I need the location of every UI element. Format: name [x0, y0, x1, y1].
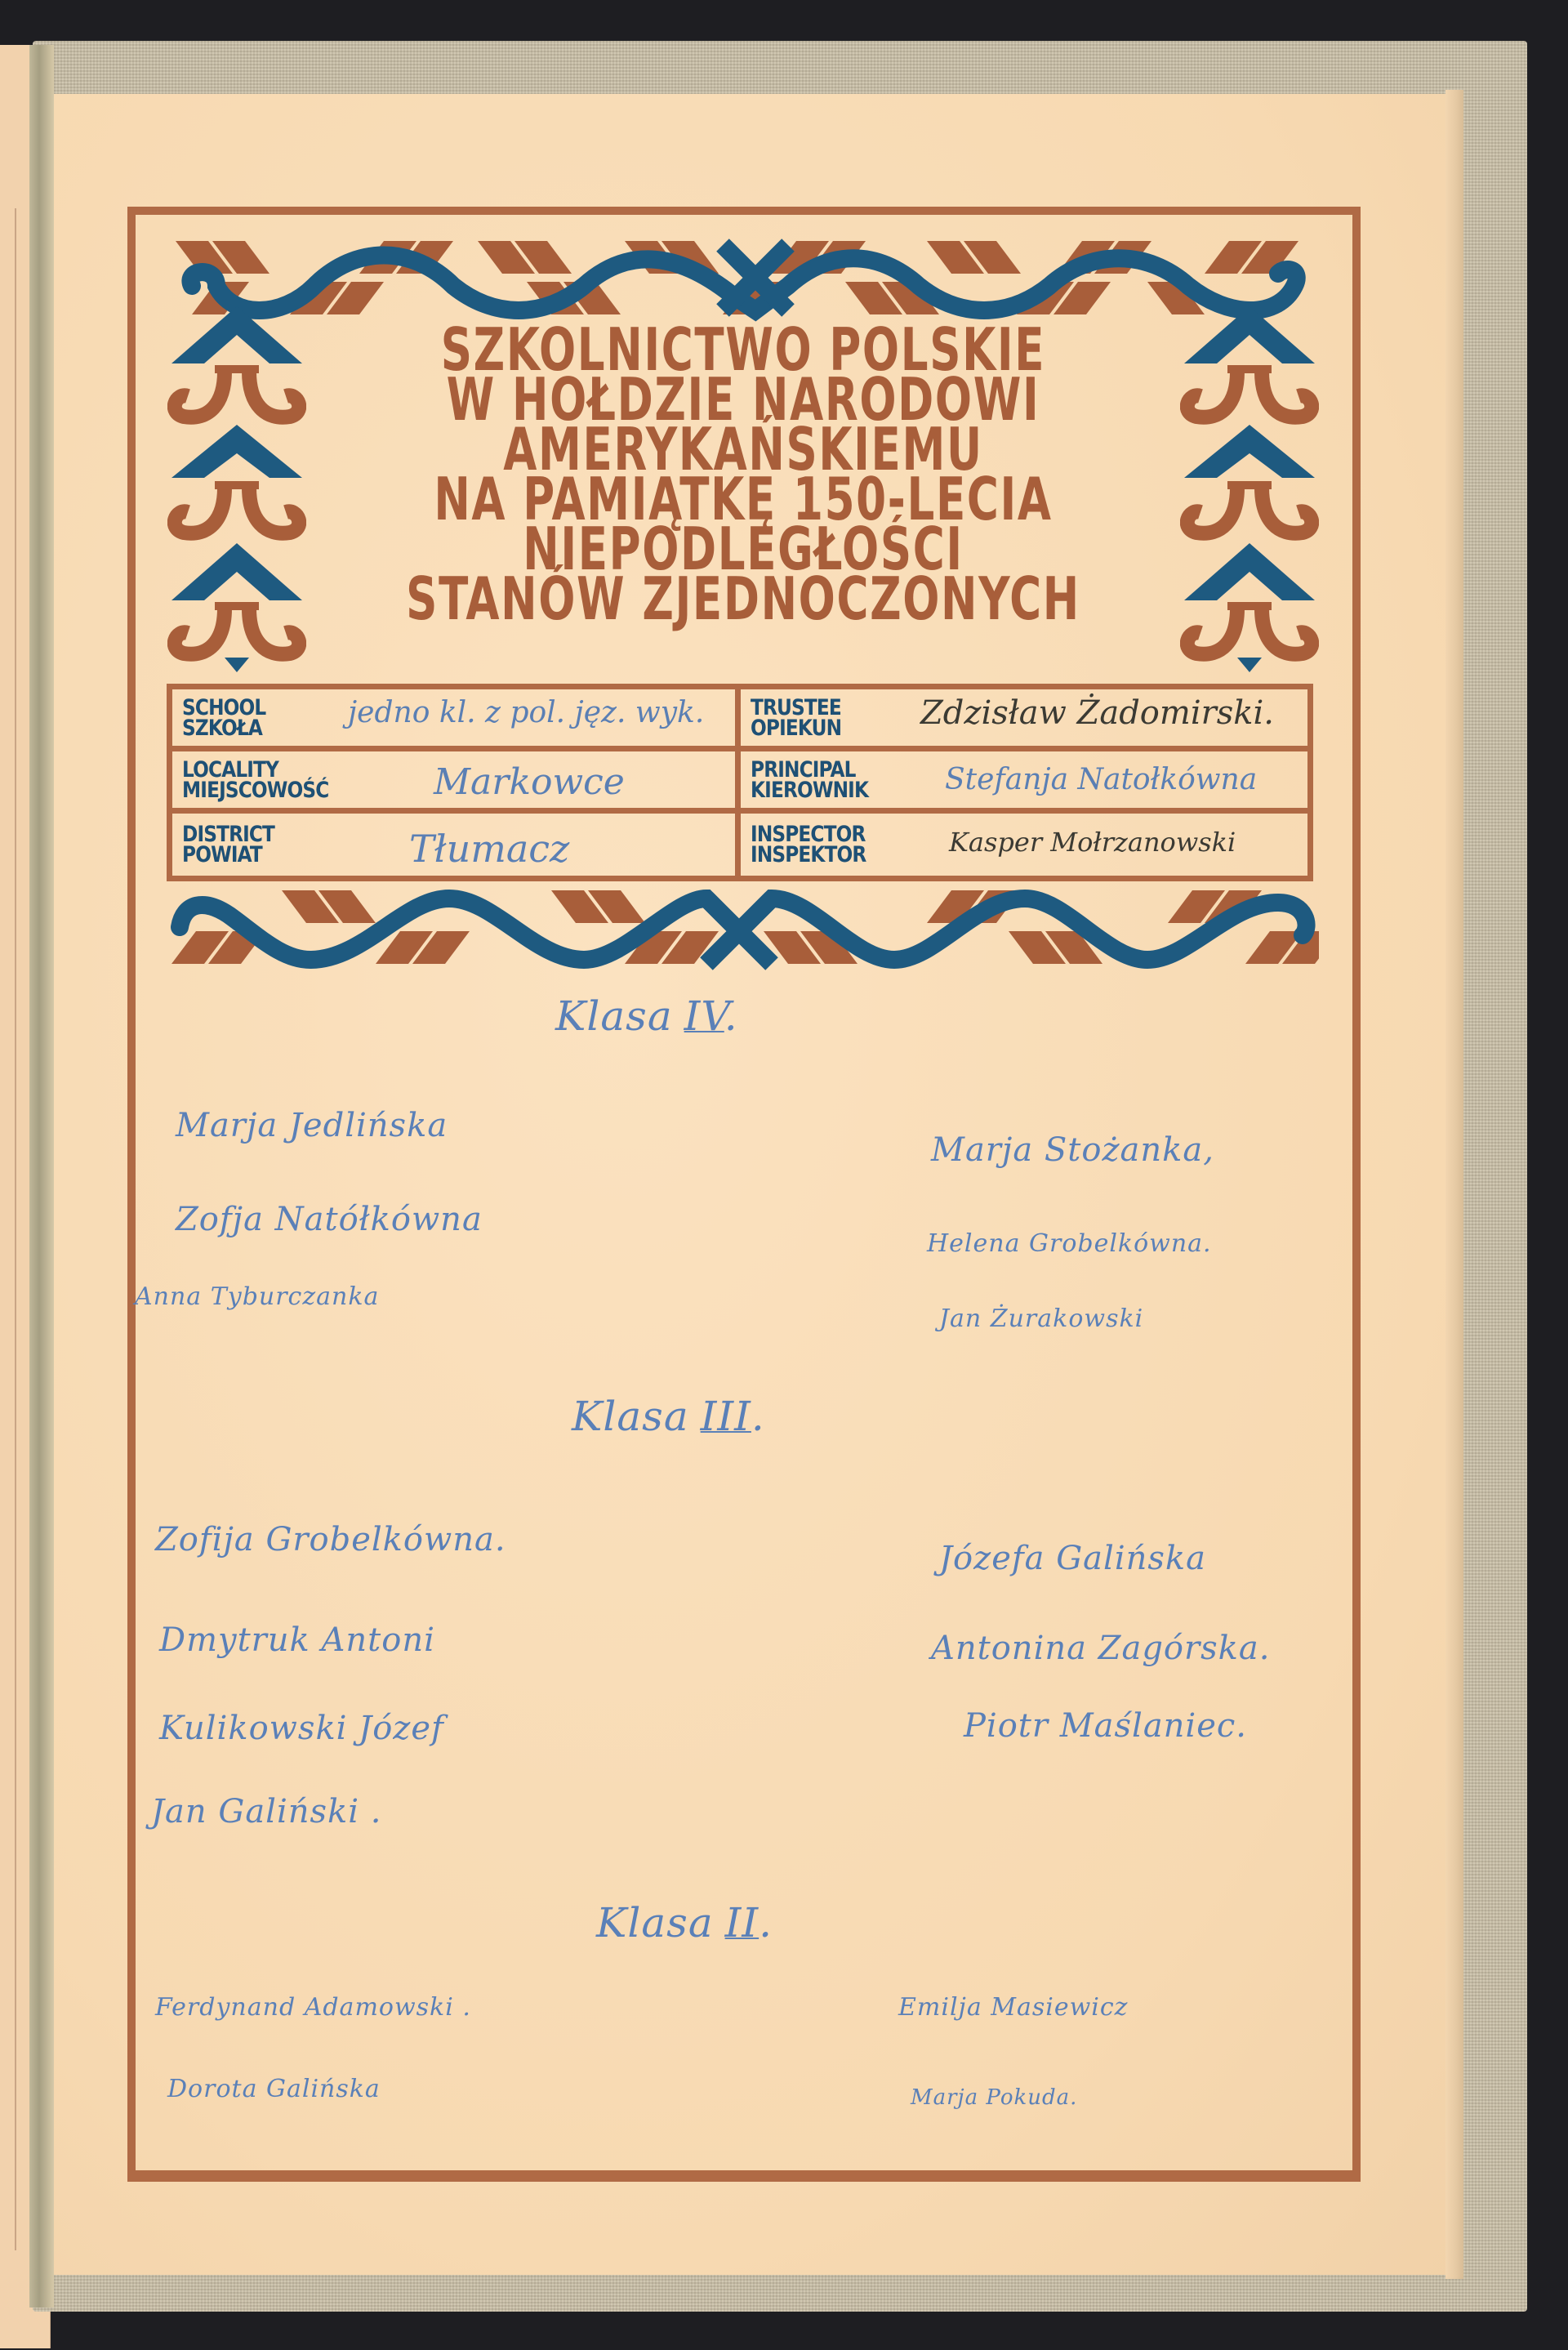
student-name: Kulikowski Józef [159, 1710, 444, 1747]
student-name: Józefa Galińska [939, 1540, 1206, 1577]
locality-value: Markowce [434, 761, 625, 803]
class-heading-4: KlasaIV. [555, 992, 738, 1040]
student-name: Marja Pokuda. [911, 2085, 1077, 2110]
district-cell: DISTRICT POWIAT Tłumacz [172, 814, 741, 876]
locality-label: LOCALITY MIEJSCOWOŚĆ [172, 760, 328, 800]
book-gutter [29, 45, 54, 2308]
student-name: Ferdynand Adamowski . [155, 1993, 471, 2022]
student-name: Marja Jedlińska [176, 1107, 448, 1144]
principal-value: Stefanja Natołkówna [945, 763, 1257, 796]
principal-label: PRINCIPAL KIEROWNIK [741, 760, 868, 800]
inspector-cell: INSPECTOR INSPEKTOR Kasper Mołrzanowski [741, 814, 1307, 876]
inspector-label: INSPECTOR INSPEKTOR [741, 824, 866, 865]
student-name: Zofija Grobelkówna. [155, 1521, 506, 1558]
student-name: Dmytruk Antoni [159, 1621, 435, 1659]
trustee-value: Zdzisław Żadomirski. [920, 694, 1274, 732]
student-name: Helena Grobelkówna. [927, 1229, 1212, 1258]
school-value: jedno kl. z pol. jęz. wyk. [348, 696, 704, 729]
bottom-wave-ornament [167, 886, 1319, 972]
top-wave-ornament [167, 237, 1319, 323]
title-line-6: STANÓW ZJEDNOCZONYCH [388, 574, 1098, 624]
student-name: Piotr Maślaniec. [964, 1707, 1247, 1745]
district-label: DISTRICT POWIAT [172, 824, 274, 865]
class-heading-2: KlasaII. [596, 1899, 773, 1946]
student-name: Jan Galiński . [151, 1793, 382, 1831]
school-label: SCHOOL SZKOŁA [172, 698, 265, 738]
student-name: Marja Stożanka, [931, 1131, 1214, 1169]
trustee-cell: TRUSTEE OPIEKUN Zdzisław Żadomirski. [741, 689, 1307, 751]
student-name: Zofja Natółkówna [176, 1201, 483, 1238]
certificate-title: SZKOLNICTWO POLSKIE W HOŁDZIE NARODOWI A… [310, 325, 1176, 624]
student-name: Jan Żurakowski [939, 1304, 1143, 1333]
left-side-ornament [167, 306, 306, 682]
right-side-ornament [1180, 306, 1319, 682]
district-value: Tłumacz [409, 827, 569, 871]
facing-page-rule [15, 208, 16, 2250]
school-info-table: SCHOOL SZKOŁA jedno kl. z pol. jęz. wyk.… [167, 684, 1313, 881]
class-heading-3: KlasaIII. [572, 1393, 765, 1440]
school-cell: SCHOOL SZKOŁA jedno kl. z pol. jęz. wyk. [172, 689, 741, 751]
student-name: Antonina Zagórska. [931, 1630, 1270, 1667]
student-name: Emilja Masiewicz [898, 1993, 1129, 2022]
trustee-label: TRUSTEE OPIEKUN [741, 698, 841, 738]
student-name: Anna Tyburczanka [135, 1282, 379, 1311]
student-name: Dorota Galińska [167, 2075, 381, 2103]
inspector-value: Kasper Mołrzanowski [949, 827, 1236, 858]
locality-cell: LOCALITY MIEJSCOWOŚĆ Markowce [172, 751, 741, 814]
principal-cell: PRINCIPAL KIEROWNIK Stefanja Natołkówna [741, 751, 1307, 814]
page-edge [1445, 90, 1463, 2279]
